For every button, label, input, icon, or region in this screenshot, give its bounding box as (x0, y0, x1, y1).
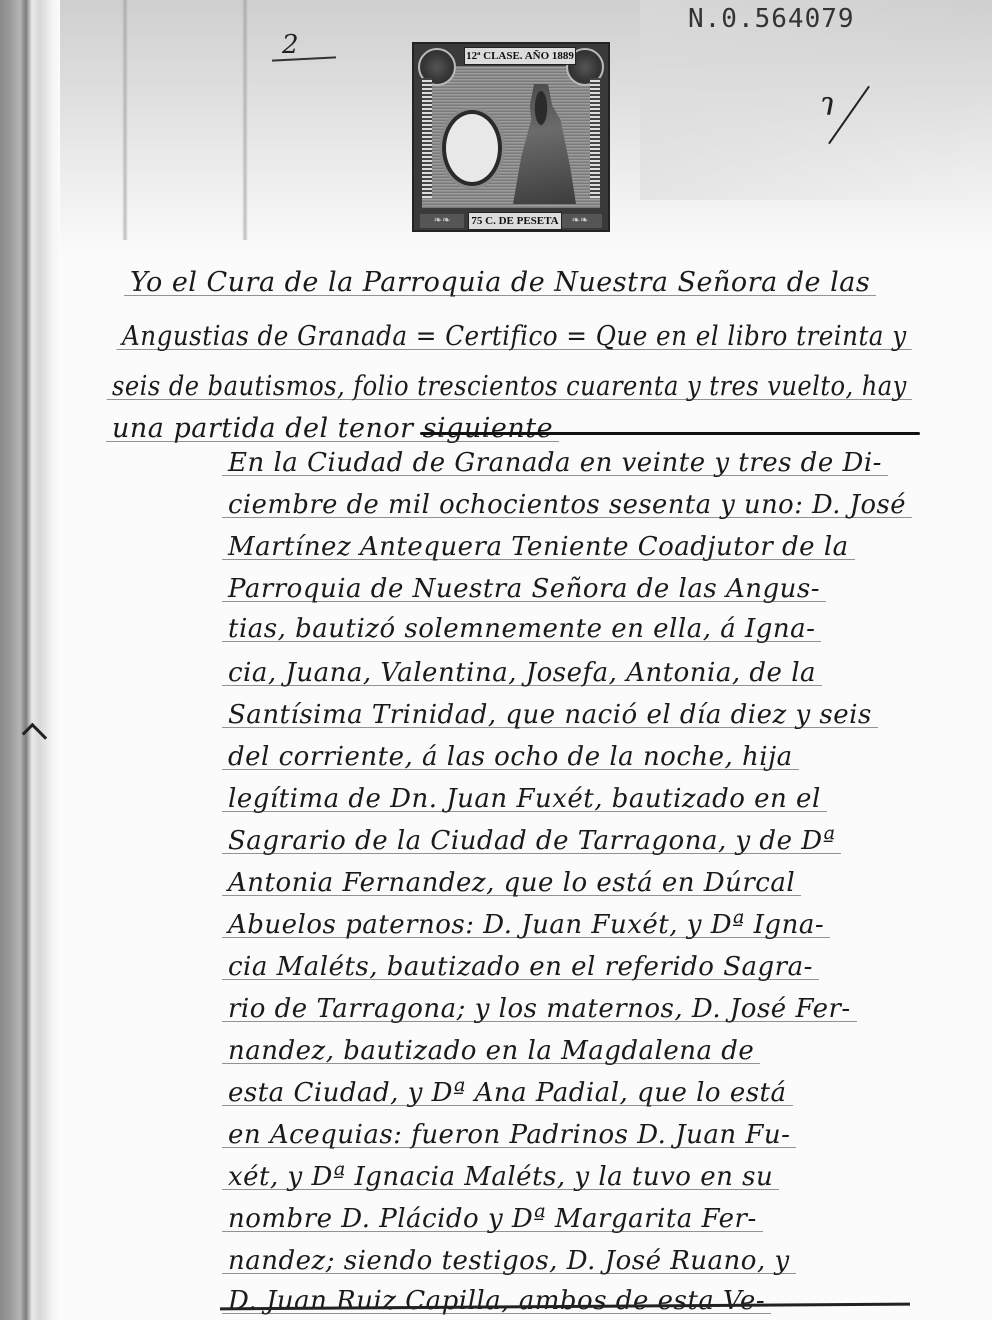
certification-line: seis de bautismos, folio trescientos cua… (112, 372, 907, 402)
entry-line: cia Maléts, bautizado en el referido Sag… (228, 952, 813, 982)
entry-line: Parroquia de Nuestra Señora de las Angus… (228, 574, 820, 604)
entry-line: Sagrario de la Ciudad de Tarragona, y de… (228, 826, 835, 856)
stamp-ornament: ❧❧ (558, 214, 602, 228)
stamp-oval-frame (442, 110, 502, 186)
certification-line: una partida del tenor siguiente (112, 414, 553, 444)
entry-line: Martínez Antequera Teniente Coadjutor de… (228, 532, 849, 562)
entry-line: D. Juan Ruiz Capilla, ambos de esta Ve- (228, 1286, 765, 1316)
fold-line (122, 0, 128, 240)
stamp-column (422, 78, 432, 198)
entry-line: cia, Juana, Valentina, Josefa, Antonia, … (228, 658, 816, 688)
entry-line: del corriente, á las ocho de la noche, h… (228, 742, 793, 772)
certification-line: Yo el Cura de la Parroquia de Nuestra Se… (130, 268, 870, 298)
line-filler-rule (420, 432, 920, 435)
entry-line: Antonia Fernandez, que lo está en Dúrcal (228, 868, 795, 898)
stamp-column (590, 78, 600, 198)
certification-line: Angustias de Granada = Certifico = Que e… (122, 322, 907, 352)
binding-shadow (0, 0, 60, 1320)
stamp-ornament: ❧❧ (420, 214, 464, 228)
certification-text: una partida del tenor siguiente (112, 413, 553, 444)
entry-line: xét, y Dª Ignacia Maléts, y la tuvo en s… (228, 1162, 773, 1192)
entry-line: ciembre de mil ochocientos sesenta y uno… (228, 490, 906, 520)
fold-line (242, 0, 248, 240)
entry-line: nandez, bautizado en la Magdalena de (228, 1036, 754, 1066)
entry-line: rio de Tarragona; y los maternos, D. Jos… (228, 994, 851, 1024)
fiscal-stamp: 12ª CLASE. AÑO 1889 ❧❧ ❧❧ 75 C. DE PESET… (412, 42, 610, 232)
initials-mark: ɿ (820, 84, 835, 124)
entry-line: legítima de Dn. Juan Fuxét, bautizado en… (228, 784, 821, 814)
certification-text: seis de bautismos, folio trescientos cua… (112, 371, 907, 402)
certification-text: Angustias de Granada = Certifico = Que e… (122, 321, 907, 352)
entry-line: Santísima Trinidad, que nació el día die… (228, 700, 872, 730)
stamp-header: 12ª CLASE. AÑO 1889 (464, 47, 576, 65)
entry-line: en Acequias: fueron Padrinos D. Juan Fu- (228, 1120, 790, 1150)
entry-line: esta Ciudad, y Dª Ana Padial, que lo est… (228, 1078, 787, 1108)
entry-line: En la Ciudad de Granada en veinte y tres… (228, 448, 882, 478)
stamp-footer: 75 C. DE PESETA (468, 212, 562, 230)
entry-line: nandez; siendo testigos, D. José Ruano, … (228, 1246, 790, 1276)
entry-line: Abuelos paternos: D. Juan Fuxét, y Dª Ig… (228, 910, 824, 940)
serial-number: N.0.564079 (688, 4, 855, 34)
page-number: 2 (282, 30, 299, 60)
entry-line: tias, bautizó solemnemente en ella, á Ig… (228, 614, 815, 644)
certification-text: Yo el Cura de la Parroquia de Nuestra Se… (130, 267, 870, 298)
entry-line: nombre D. Plácido y Dª Margarita Fer- (228, 1204, 757, 1234)
